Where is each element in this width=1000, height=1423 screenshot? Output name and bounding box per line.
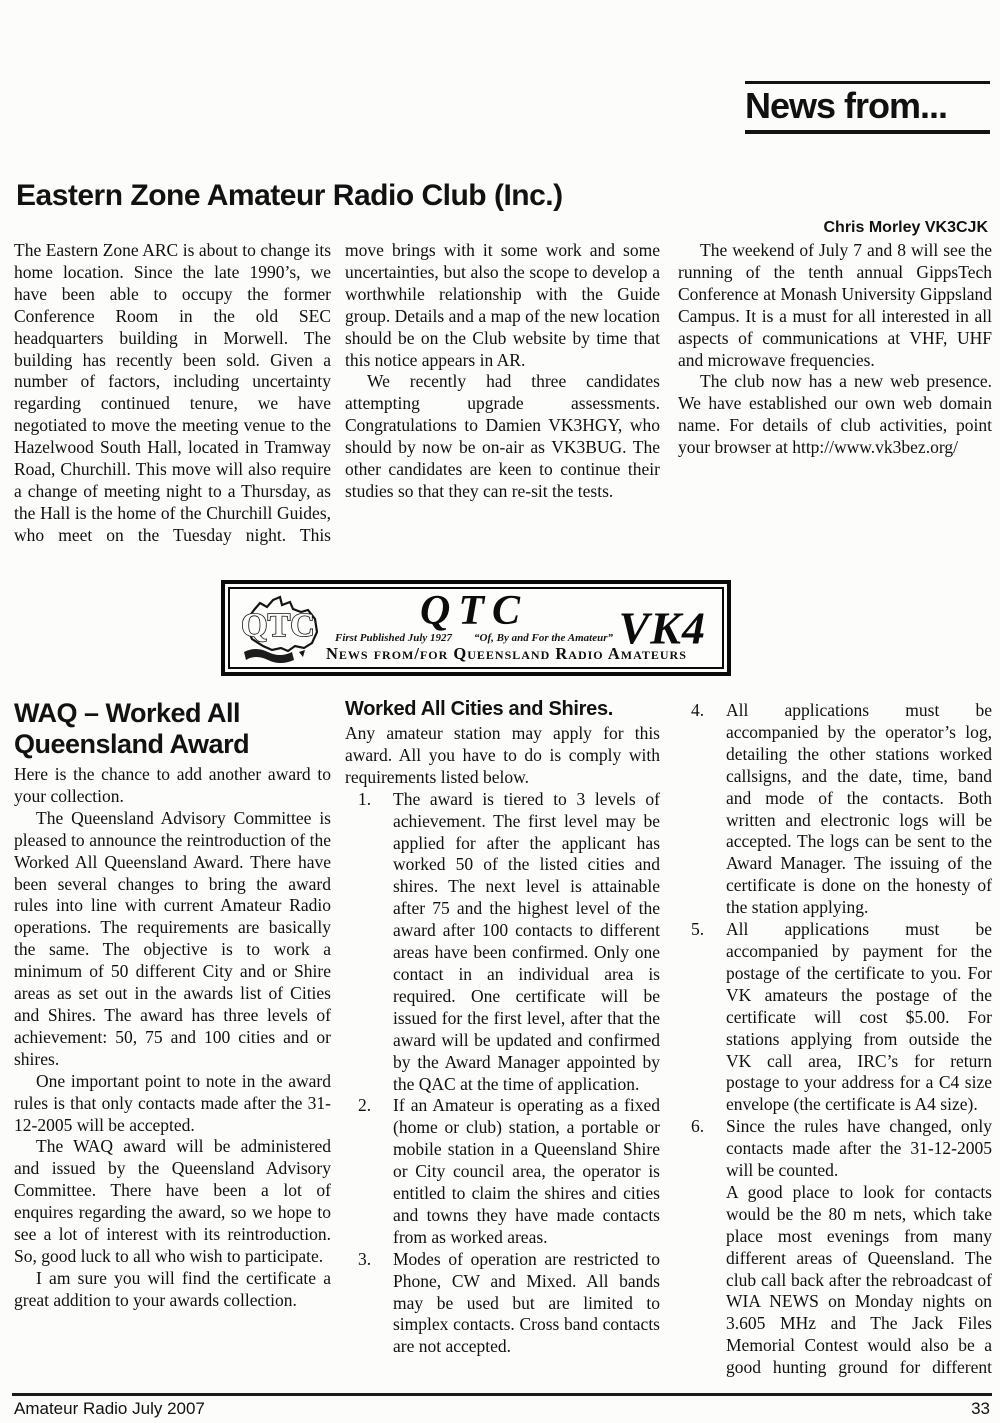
cities-shires-heading: Worked All Cities and Shires. (345, 698, 660, 721)
rule-item-number: 2. (358, 1095, 371, 1117)
article-title: Eastern Zone Amateur Radio Club (Inc.) (16, 179, 716, 213)
waq-title-line1: WAQ – Worked All (14, 698, 331, 729)
rule-item-text: All applications must be accompanied by … (726, 700, 992, 919)
rule-item-text: Since the rules have changed, only conta… (726, 1116, 992, 1182)
rule-item-number: 1. (358, 789, 371, 811)
qtc-subtitle: News from/for Queensland Radio Amateurs (326, 645, 622, 663)
news-from-header: News from... (745, 81, 990, 134)
waq-section-title: WAQ – Worked All Queensland Award (14, 698, 331, 760)
waq-paragraph: Any amateur station may apply for this a… (345, 723, 660, 789)
rule-item-text: If an Amateur is operating as a fixed (h… (393, 1095, 660, 1248)
rule-item-6: 6. Since the rules have changed, only co… (678, 1116, 992, 1182)
rule-item-2: 2. If an Amateur is operating as a fixed… (345, 1095, 660, 1248)
article-column-2: move brings with it some work and some u… (345, 240, 660, 503)
rule-item-4: 4. All applications must be accompanied … (678, 700, 992, 919)
waq-paragraph: The WAQ award will be administered and i… (14, 1136, 331, 1267)
article-paragraph: The weekend of July 7 and 8 will see the… (678, 240, 992, 371)
waq-paragraph: I am sure you will find the certificate … (14, 1268, 331, 1312)
article-column-1: The Eastern Zone ARC is about to change … (14, 240, 331, 547)
rule-item-text: The award is tiered to 3 levels of achie… (393, 789, 660, 1096)
waq-continuation-paragraph: A good place to look for contacts would … (678, 1182, 992, 1379)
waq-paragraph: The Queensland Advisory Committee is ple… (14, 808, 331, 1071)
rule-item-5: 5. All applications must be accompanied … (678, 919, 992, 1116)
magazine-page: News from... Eastern Zone Amateur Radio … (0, 0, 1000, 1423)
rule-item-number: 5. (691, 919, 704, 941)
rule-item-number: 4. (691, 700, 704, 722)
footer-page-number: 33 (971, 1399, 990, 1419)
qtc-australia-logo-icon: QTC (236, 594, 320, 666)
waq-title-line2: Queensland Award (14, 729, 331, 760)
footer-journal-name: Amateur Radio July 2007 (14, 1399, 205, 1419)
vk4-callsign: VK4 (619, 602, 706, 655)
waq-column-1: WAQ – Worked All Queensland Award Here i… (14, 698, 331, 1312)
qtc-wordmark: QTC (326, 590, 622, 632)
qtc-banner-inner-frame: QTC QTC First Published July 1927“Of, By… (228, 587, 724, 669)
rule-item-number: 6. (691, 1116, 704, 1138)
rule-item-1: 1. The award is tiered to 3 levels of ac… (345, 789, 660, 1096)
article-paragraph: The Eastern Zone ARC is about to change … (14, 240, 331, 547)
motto-text: “Of, By and For the Amateur” (474, 632, 613, 644)
article-column-3: The weekend of July 7 and 8 will see the… (678, 240, 992, 459)
rule-item-number: 3. (358, 1249, 371, 1271)
waq-column-2: Worked All Cities and Shires. Any amateu… (345, 698, 660, 1358)
rule-item-3: 3. Modes of operation are restricted to … (345, 1249, 660, 1359)
waq-column-3: 4. All applications must be accompanied … (678, 700, 992, 1379)
first-published-text: First Published July 1927 (335, 632, 452, 644)
article-paragraph: move brings with it some work and some u… (345, 240, 660, 371)
rule-item-text: Modes of operation are restricted to Pho… (393, 1249, 660, 1359)
article-paragraph: The club now has a new web presence. We … (678, 371, 992, 459)
footer-rule (12, 1393, 992, 1396)
waq-paragraph: One important point to note in the award… (14, 1071, 331, 1137)
qtc-vk4-banner: QTC QTC First Published July 1927“Of, By… (221, 580, 731, 676)
svg-text:QTC: QTC (241, 607, 315, 644)
qtc-banner-center: QTC First Published July 1927“Of, By and… (326, 589, 622, 663)
waq-paragraph: Here is the chance to add another award … (14, 764, 331, 808)
article-paragraph: We recently had three candidates attempt… (345, 371, 660, 502)
article-byline: Chris Morley VK3CJK (824, 219, 989, 237)
rule-item-text: All applications must be accompanied by … (726, 919, 992, 1116)
